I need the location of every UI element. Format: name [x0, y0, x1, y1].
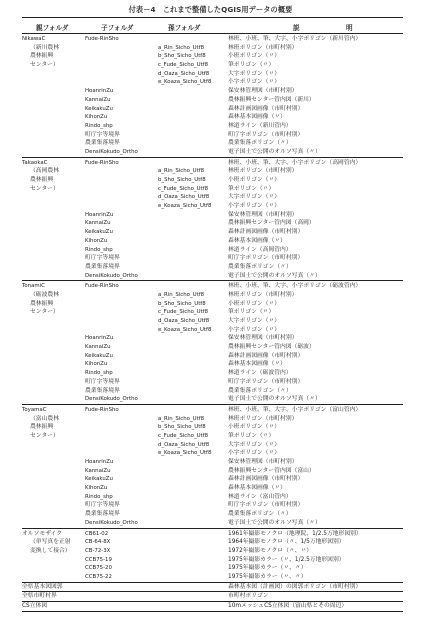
table-row: KeikakuZu森林計画図画像（市町村別） — [22, 352, 403, 361]
table-row: DensiKokudo_Ortho電子国土で公開のオルソ写真（〃） — [22, 272, 403, 281]
parent-folder-cell: 全県市町村界 — [22, 592, 57, 601]
description-cell: 農林振興センター管内図（高岡） — [228, 219, 315, 228]
child-folder-cell: HoanrinZu — [85, 87, 113, 96]
child-folder-cell: KeikakuZu — [85, 228, 113, 237]
description-cell: 保安林管理図（市町村別） — [228, 87, 298, 96]
description-cell: 農業集落ポリゴン（〃） — [228, 263, 292, 272]
table-row: （富山農林a_Rin_Sicho_Utf8林班ポリゴン（市町村別） — [22, 415, 403, 424]
grandchild-folder-cell: a_Rin_Sicho_Utf8 — [158, 44, 204, 53]
description-cell: 町庁字ポリゴン（市町村別） — [228, 254, 303, 263]
child-folder-cell: 農業集落境界 — [85, 139, 120, 148]
header-description-2: 明 — [346, 22, 353, 32]
child-folder-cell: KihonZu — [85, 360, 107, 369]
table-row: 農林振興b_Sho_Sicho_Utf8小班ポリゴン（〃） — [22, 176, 403, 185]
description-cell: 大字ポリゴン（〃） — [228, 193, 280, 202]
child-folder-cell: 町庁字等境界 — [85, 378, 120, 387]
description-cell: 大字ポリゴン（〃） — [228, 70, 280, 79]
table-row: KannaiZu農林振興センター管内図（高岡） — [22, 219, 403, 228]
description-cell: 保安林管理図（市町村別） — [228, 211, 298, 220]
table-row: （高岡農林a_Rin_Sicho_Utf8林班ポリゴン（市町村別） — [22, 167, 403, 176]
description-cell: 森林計画図画像（市町村別） — [228, 105, 303, 114]
table-row: Rindo_shp林道ライン（砺波管内） — [22, 369, 403, 378]
table-row: Rindo_shp林道ライン（新川管内） — [22, 122, 403, 131]
folder-section: NikawaCFude-RinSho林班、小班、筆、大字、小字ポリゴン（新川管内… — [22, 34, 403, 157]
description-cell: 10mメッシュCS立体図（富山県とその周辺） — [228, 602, 347, 611]
child-folder-cell: Fude-RinSho — [85, 159, 119, 168]
description-cell: 林班ポリゴン（市町村別） — [228, 44, 297, 53]
table-row: DensiKokudo_Ortho電子国土で公開のオルソ写真（〃） — [22, 395, 403, 404]
table-row: TonamiCFude-RinSho林班、小班、筆、大字、小字ポリゴン（砺波管内… — [22, 282, 403, 291]
description-cell: 農業集落ポリゴン（〃） — [228, 510, 292, 519]
child-folder-cell: CCB75-20 — [85, 564, 112, 573]
table-row: KeikakuZu森林計画図画像（市町村別） — [22, 105, 403, 114]
table-row: KihonZu森林基本図画像（〃） — [22, 237, 403, 246]
table-row: センター）c_Fude_Sicho_Utf8筆ポリゴン（〃） — [22, 432, 403, 441]
description-cell: 小班ポリゴン（〃） — [228, 423, 280, 432]
child-folder-cell: Rindo_shp — [85, 369, 113, 378]
table-row: Rindo_shp林道ライン（富山管内） — [22, 493, 403, 502]
table-row: センター）c_Fude_Sicho_Utf8筆ポリゴン（〃） — [22, 61, 403, 70]
description-cell: 森林基本図画像（〃） — [228, 484, 286, 493]
description-cell: 筆ポリゴン（〃） — [228, 432, 274, 441]
header-grandchild-folder: 孫フォルダ — [168, 22, 200, 32]
description-cell: 森林基本図画像（〃） — [228, 360, 286, 369]
table-row: KeikakuZu森林計画図画像（市町村別） — [22, 228, 403, 237]
table-row: KannaiZu農林振興センター管内図（新川） — [22, 96, 403, 105]
header-description-1: 説 — [293, 22, 300, 32]
table-row: （単写真を正射CB-64-8X1964年撮影モノクロ（〃、1/5万地形図別） — [22, 538, 403, 547]
table-row: 農林振興b_Sho_Sicho_Utf8小班ポリゴン（〃） — [22, 52, 403, 61]
parent-folder-cell: ToyamaC — [22, 406, 47, 415]
table-row: DensiKokudo_Ortho電子国土で公開のオルソ写真（〃） — [22, 519, 403, 528]
table-row: HoanrinZu保安林管理図（市町村別） — [22, 334, 403, 343]
description-cell: 林班、小班、筆、大字、小字ポリゴン（高岡管内） — [228, 159, 361, 168]
child-folder-cell: KannaiZu — [85, 219, 111, 228]
parent-folder-cell: （単写真を正射 — [30, 538, 71, 547]
parent-folder-cell: （富山農林 — [30, 415, 59, 424]
grandchild-folder-cell: c_Fude_Sicho_Utf8 — [158, 185, 208, 194]
description-cell: 林班ポリゴン（市町村別） — [228, 167, 297, 176]
description-cell: 農林振興センター管内図（新川） — [228, 96, 315, 105]
child-folder-cell: Fude-RinSho — [85, 282, 119, 291]
description-cell: 電子国土で公開のオルソ写真（〃） — [228, 148, 321, 157]
parent-folder-cell: （砺波農林 — [30, 291, 59, 300]
table-row: 農林振興b_Sho_Sicho_Utf8小班ポリゴン（〃） — [22, 300, 403, 309]
table-row: 農業集落境界農業集落ポリゴン（〃） — [22, 263, 403, 272]
parent-folder-cell: 全県基本図図郭 — [22, 583, 63, 592]
parent-folder-cell: 農林振興 — [30, 52, 53, 61]
child-folder-cell: DensiKokudo_Ortho — [85, 148, 138, 157]
description-cell: 町庁字ポリゴン（市町村別） — [228, 378, 303, 387]
description-cell: 林班、小班、筆、大字、小字ポリゴン（新川管内） — [228, 35, 361, 44]
description-cell: 農林振興センター管内図（富山） — [228, 467, 315, 476]
parent-folder-cell: センター） — [30, 185, 59, 194]
description-cell: 林道ライン（富山管内） — [228, 493, 292, 502]
description-cell: 1975年撮影カラー（〃、〃） — [228, 564, 307, 573]
description-cell: 農業集落ポリゴン（〃） — [228, 139, 292, 148]
description-cell: 小字ポリゴン（〃） — [228, 78, 280, 87]
table-row: KihonZu森林基本図画像（〃） — [22, 113, 403, 122]
table-row: e_Koaza_Sicho_Utf8小字ポリゴン（〃） — [22, 449, 403, 458]
description-cell: 林班ポリゴン（市町村別） — [228, 291, 297, 300]
table-row: Rindo_shp林道ライン（高岡管内） — [22, 246, 403, 255]
child-folder-cell: KihonZu — [85, 237, 107, 246]
parent-folder-cell: センター） — [30, 61, 59, 70]
description-cell: 林班、小班、筆、大字、小字ポリゴン（富山管内） — [228, 406, 361, 415]
grandchild-folder-cell: d_Oaza_Sicho_Utf8 — [158, 441, 209, 450]
description-cell: 林道ライン（砺波管内） — [228, 369, 292, 378]
child-folder-cell: 農業集落境界 — [85, 263, 120, 272]
table-row: 全県基本図図郭森林基本図（計画図）の図郭ポリゴン（市町村別） — [22, 583, 403, 592]
parent-folder-cell: TakaokaC — [22, 159, 47, 168]
table-row: d_Oaza_Sicho_Utf8大字ポリゴン（〃） — [22, 70, 403, 79]
table-row: CCB75-191975年撮影カラー（〃、1/2.5万地形図別） — [22, 556, 403, 565]
description-cell: 電子国土で公開のオルソ写真（〃） — [228, 395, 321, 404]
grandchild-folder-cell: e_Koaza_Sicho_Utf8 — [158, 202, 211, 211]
description-cell: 小字ポリゴン（〃） — [228, 326, 280, 335]
parent-folder-cell: センター） — [30, 432, 59, 441]
table-header: 親フォルダ 子フォルダ 孫フォルダ 説 明 — [22, 18, 403, 33]
table-row: e_Koaza_Sicho_Utf8小字ポリゴン（〃） — [22, 202, 403, 211]
table-row: KihonZu森林基本図画像（〃） — [22, 360, 403, 369]
child-folder-cell: CB61-02 — [85, 530, 108, 539]
table-row: e_Koaza_Sicho_Utf8小字ポリゴン（〃） — [22, 78, 403, 87]
qgis-data-table: 親フォルダ 子フォルダ 孫フォルダ 説 明 NikawaCFude-RinSho… — [22, 17, 403, 612]
description-cell: 林道ライン（高岡管内） — [228, 246, 292, 255]
table-row: ToyamaCFude-RinSho林班、小班、筆、大字、小字ポリゴン（富山管内… — [22, 406, 403, 415]
description-cell: 1961年撮影モノクロ（地理院、1/2.5万地形図別） — [228, 530, 362, 539]
child-folder-cell: CCB75-19 — [85, 556, 112, 565]
child-folder-cell: HoanrinZu — [85, 458, 113, 467]
child-folder-cell: HoanrinZu — [85, 334, 113, 343]
table-row: DensiKokudo_Ortho電子国土で公開のオルソ写真（〃） — [22, 148, 403, 157]
table-row: 町庁字等境界町庁字ポリゴン（市町村別） — [22, 378, 403, 387]
table-row: HoanrinZu保安林管理図（市町村別） — [22, 87, 403, 96]
table-row: 農業集落境界農業集落ポリゴン（〃） — [22, 510, 403, 519]
child-folder-cell: Rindo_shp — [85, 246, 113, 255]
table-row: （新川農林a_Rin_Sicho_Utf8林班ポリゴン（市町村別） — [22, 44, 403, 53]
grandchild-folder-cell: e_Koaza_Sicho_Utf8 — [158, 326, 211, 335]
table-row: d_Oaza_Sicho_Utf8大字ポリゴン（〃） — [22, 317, 403, 326]
child-folder-cell: CB-64-8X — [85, 538, 110, 547]
description-cell: 林班、小班、筆、大字、小字ポリゴン（砺波管内） — [228, 282, 361, 291]
table-row: 農業集落境界農業集落ポリゴン（〃） — [22, 387, 403, 396]
description-cell: 森林計画図画像（市町村別） — [228, 228, 303, 237]
description-cell: 小班ポリゴン（〃） — [228, 176, 280, 185]
child-folder-cell: 町庁字等境界 — [85, 254, 120, 263]
description-cell: 林道ライン（新川管内） — [228, 122, 292, 131]
folder-section: TakaokaCFude-RinSho林班、小班、筆、大字、小字ポリゴン（高岡管… — [22, 158, 403, 281]
description-cell: 筆ポリゴン（〃） — [228, 185, 274, 194]
child-folder-cell: Fude-RinSho — [85, 406, 119, 415]
grandchild-folder-cell: a_Rin_Sicho_Utf8 — [158, 415, 204, 424]
description-cell: 森林計画図画像（市町村別） — [228, 352, 303, 361]
table-row: HoanrinZu保安林管理図（市町村別） — [22, 458, 403, 467]
child-folder-cell: DensiKokudo_Ortho — [85, 519, 138, 528]
description-cell: 小班ポリゴン（〃） — [228, 300, 280, 309]
header-child-folder: 子フォルダ — [101, 22, 133, 32]
child-folder-cell: HoanrinZu — [85, 211, 113, 220]
table-row: 農林振興b_Sho_Sicho_Utf8小班ポリゴン（〃） — [22, 423, 403, 432]
table-row: 変換して接合）CB-72-3X1972年撮影モノクロ（〃、〃） — [22, 547, 403, 556]
child-folder-cell: KihonZu — [85, 113, 107, 122]
table-row: KannaiZu農林振興センター管内図（富山） — [22, 467, 403, 476]
grandchild-folder-cell: b_Sho_Sicho_Utf8 — [158, 176, 206, 185]
parent-folder-cell: TonamiC — [22, 282, 45, 291]
child-folder-cell: KannaiZu — [85, 467, 111, 476]
description-cell: 林班ポリゴン（市町村別） — [228, 415, 297, 424]
grandchild-folder-cell: b_Sho_Sicho_Utf8 — [158, 52, 206, 61]
parent-folder-cell: （新川農林 — [30, 44, 59, 53]
parent-folder-cell: センター） — [30, 308, 59, 317]
description-cell: 小班ポリゴン（〃） — [228, 52, 280, 61]
folder-section: オルソモザイクCB61-021961年撮影モノクロ（地理院、1/2.5万地形図別… — [22, 529, 403, 582]
folder-section: ToyamaCFude-RinSho林班、小班、筆、大字、小字ポリゴン（富山管内… — [22, 405, 403, 528]
description-cell: 保安林管理図（市町村別） — [228, 458, 298, 467]
parent-folder-cell: オルソモザイク — [22, 530, 62, 539]
child-folder-cell: KeikakuZu — [85, 105, 113, 114]
grandchild-folder-cell: d_Oaza_Sicho_Utf8 — [158, 70, 209, 79]
description-cell: 筆ポリゴン（〃） — [228, 308, 274, 317]
description-cell: 1975年撮影カラー（〃、1/2.5万地形図別） — [228, 556, 345, 565]
child-folder-cell: KannaiZu — [85, 343, 111, 352]
table-row: 町庁字等境界町庁字ポリゴン（市町村別） — [22, 254, 403, 263]
table-row: TakaokaCFude-RinSho林班、小班、筆、大字、小字ポリゴン（高岡管… — [22, 159, 403, 168]
table-row: 町庁字等境界町庁字ポリゴン（市町村別） — [22, 131, 403, 140]
description-cell: 筆ポリゴン（〃） — [228, 61, 274, 70]
child-folder-cell: DensiKokudo_Ortho — [85, 395, 138, 404]
parent-folder-cell: NikawaC — [22, 35, 45, 44]
table-row: NikawaCFude-RinSho林班、小班、筆、大字、小字ポリゴン（新川管内… — [22, 35, 403, 44]
header-parent-folder: 親フォルダ — [36, 22, 68, 32]
child-folder-cell: CCB75-22 — [85, 573, 112, 582]
child-folder-cell: 農業集落境界 — [85, 510, 120, 519]
description-cell: 大字ポリゴン（〃） — [228, 317, 280, 326]
grandchild-folder-cell: c_Fude_Sicho_Utf8 — [158, 308, 208, 317]
parent-folder-cell: （高岡農林 — [30, 167, 59, 176]
table-row: e_Koaza_Sicho_Utf8小字ポリゴン（〃） — [22, 326, 403, 335]
description-cell: 町庁字ポリゴン（市町村別） — [228, 501, 303, 510]
description-cell: 農林振興センター管内図（砺波） — [228, 343, 315, 352]
parent-folder-cell: 農林振興 — [30, 176, 53, 185]
table-row: CCB75-221975年撮影カラー（〃、〃） — [22, 573, 403, 582]
table-row: センター）c_Fude_Sicho_Utf8筆ポリゴン（〃） — [22, 308, 403, 317]
description-cell: 農業集落ポリゴン（〃） — [228, 387, 292, 396]
grandchild-folder-cell: b_Sho_Sicho_Utf8 — [158, 423, 206, 432]
table-row: 農業集落境界農業集落ポリゴン（〃） — [22, 139, 403, 148]
child-folder-cell: KannaiZu — [85, 96, 111, 105]
parent-folder-cell: CS立体図 — [22, 602, 47, 611]
table-row: d_Oaza_Sicho_Utf8大字ポリゴン（〃） — [22, 441, 403, 450]
table-row: d_Oaza_Sicho_Utf8大字ポリゴン（〃） — [22, 193, 403, 202]
parent-folder-cell: 農林振興 — [30, 423, 53, 432]
parent-folder-cell: 変換して接合） — [30, 547, 71, 556]
table-row: 町庁字等境界町庁字ポリゴン（市町村別） — [22, 501, 403, 510]
description-cell: 森林基本図画像（〃） — [228, 113, 286, 122]
parent-folder-cell: 農林振興 — [30, 300, 53, 309]
grandchild-folder-cell: b_Sho_Sicho_Utf8 — [158, 300, 206, 309]
grandchild-folder-cell: d_Oaza_Sicho_Utf8 — [158, 193, 209, 202]
child-folder-cell: KeikakuZu — [85, 475, 113, 484]
description-cell: 小字ポリゴン（〃） — [228, 202, 280, 211]
table-row: KeikakuZu森林計画図画像（市町村別） — [22, 475, 403, 484]
description-cell: 電子国土で公開のオルソ写真（〃） — [228, 519, 321, 528]
child-folder-cell: CB-72-3X — [85, 547, 110, 556]
grandchild-folder-cell: e_Koaza_Sicho_Utf8 — [158, 449, 211, 458]
table-row: オルソモザイクCB61-021961年撮影モノクロ（地理院、1/2.5万地形図別… — [22, 530, 403, 539]
folder-section: TonamiCFude-RinSho林班、小班、筆、大字、小字ポリゴン（砺波管内… — [22, 281, 403, 404]
table-row: 全県市町村界市町村ポリゴン — [22, 592, 403, 601]
child-folder-cell: Rindo_shp — [85, 122, 113, 131]
table-row: KannaiZu農林振興センター管内図（砺波） — [22, 343, 403, 352]
grandchild-folder-cell: a_Rin_Sicho_Utf8 — [158, 167, 204, 176]
child-folder-cell: DensiKokudo_Ortho — [85, 272, 138, 281]
child-folder-cell: 町庁字等境界 — [85, 501, 120, 510]
child-folder-cell: Rindo_shp — [85, 493, 113, 502]
description-cell: 1964年撮影モノクロ（〃、1/5万地形図別） — [228, 538, 345, 547]
table-body: NikawaCFude-RinSho林班、小班、筆、大字、小字ポリゴン（新川管内… — [22, 34, 403, 612]
child-folder-cell: KeikakuZu — [85, 352, 113, 361]
table-row: CCB75-201975年撮影カラー（〃、〃） — [22, 564, 403, 573]
child-folder-cell: 農業集落境界 — [85, 387, 120, 396]
description-cell: 大字ポリゴン（〃） — [228, 441, 280, 450]
description-cell: 町庁字ポリゴン（市町村別） — [228, 131, 303, 140]
description-cell: 電子国土で公開のオルソ写真（〃） — [228, 272, 321, 281]
description-cell: 1972年撮影モノクロ（〃、〃） — [228, 547, 312, 556]
row-rule — [22, 611, 403, 612]
grandchild-folder-cell: e_Koaza_Sicho_Utf8 — [158, 78, 211, 87]
description-cell: 保安林管理図（市町村別） — [228, 334, 298, 343]
description-cell: 森林基本図（計画図）の図郭ポリゴン（市町村別） — [228, 583, 361, 592]
table-row: KihonZu森林基本図画像（〃） — [22, 484, 403, 493]
child-folder-cell: 町庁字等境界 — [85, 131, 120, 140]
table-row: HoanrinZu保安林管理図（市町村別） — [22, 211, 403, 220]
grandchild-folder-cell: d_Oaza_Sicho_Utf8 — [158, 317, 209, 326]
table-row: CS立体図10mメッシュCS立体図（富山県とその周辺） — [22, 602, 403, 611]
grandchild-folder-cell: c_Fude_Sicho_Utf8 — [158, 61, 208, 70]
description-cell: 森林計画図画像（市町村別） — [228, 475, 303, 484]
description-cell: 小字ポリゴン（〃） — [228, 449, 280, 458]
child-folder-cell: KihonZu — [85, 484, 107, 493]
child-folder-cell: Fude-RinSho — [85, 35, 119, 44]
description-cell: 1975年撮影カラー（〃、〃） — [228, 573, 307, 582]
description-cell: 森林基本図画像（〃） — [228, 237, 286, 246]
grandchild-folder-cell: a_Rin_Sicho_Utf8 — [158, 291, 204, 300]
table-title: 付表－4 これまで整備したQGIS用データの概要 — [0, 5, 421, 15]
description-cell: 市町村ポリゴン — [228, 592, 268, 601]
grandchild-folder-cell: c_Fude_Sicho_Utf8 — [158, 432, 208, 441]
table-row: センター）c_Fude_Sicho_Utf8筆ポリゴン（〃） — [22, 185, 403, 194]
table-row: （砺波農林a_Rin_Sicho_Utf8林班ポリゴン（市町村別） — [22, 291, 403, 300]
